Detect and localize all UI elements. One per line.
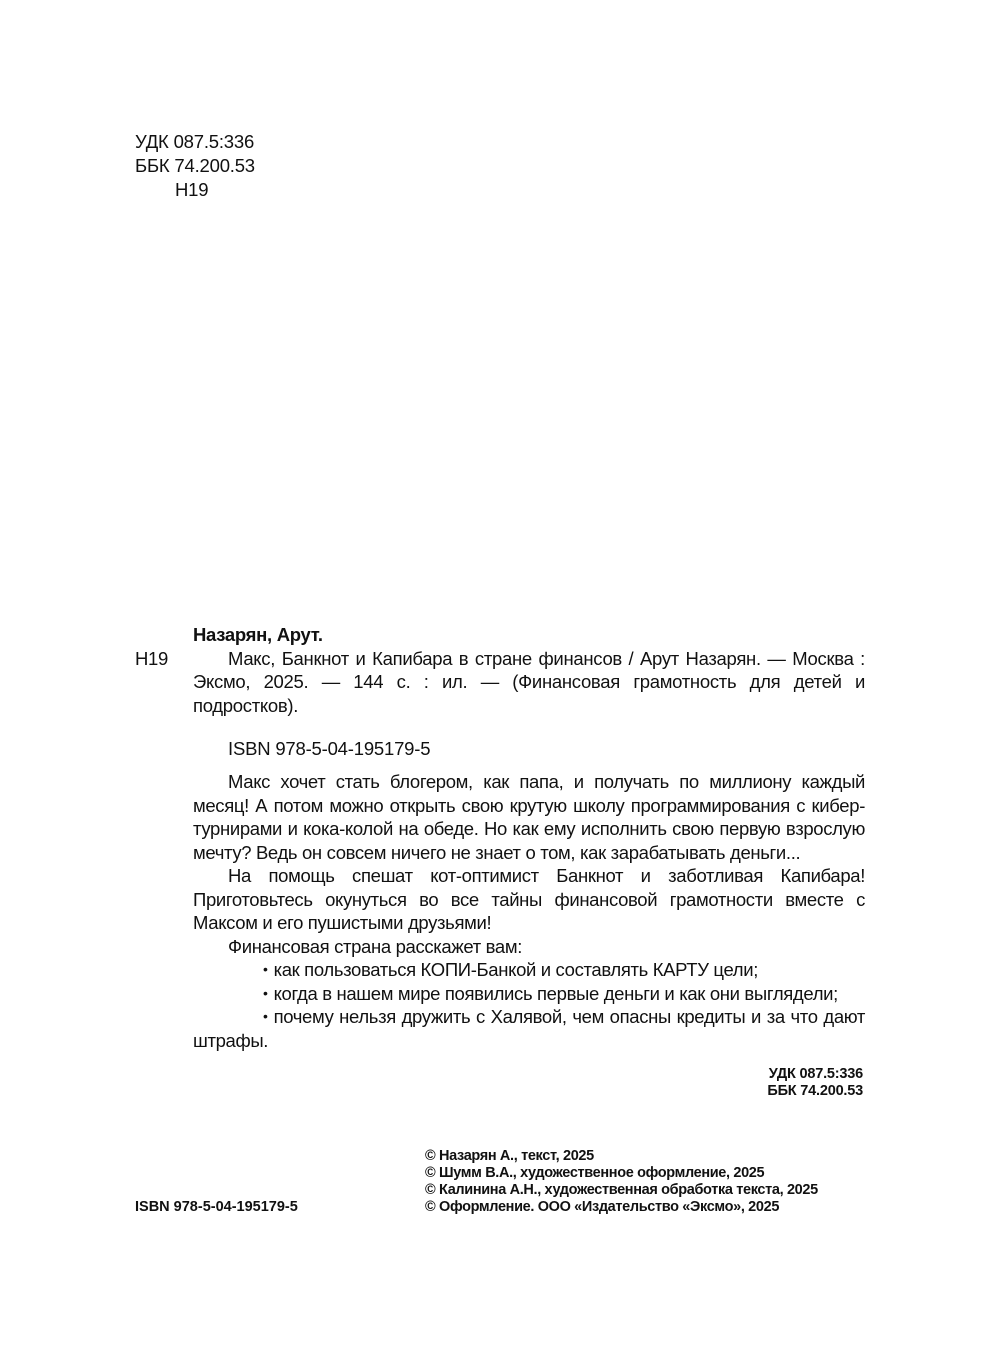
record-description-block: Н19 Макс, Банкнот и Капибара в стране фи…: [135, 647, 865, 718]
copyright-line: © Оформление. ООО «Издательство «Эксмо»,…: [425, 1199, 818, 1216]
bullet-icon: •: [228, 982, 268, 1006]
record-author-mark: Н19: [135, 647, 168, 671]
bibliographic-record: Назарян, Арут. Н19 Макс, Банкнот и Капиб…: [135, 623, 865, 717]
record-description: Макс, Банкнот и Капибара в стране финанс…: [193, 647, 865, 718]
imprint-page: УДК 087.5:336 ББК 74.200.53 Н19 Назарян,…: [0, 0, 1000, 1347]
bullet-text: почему нельзя дружить с Халявой, чем опа…: [193, 1006, 865, 1051]
annotation-bullet-item: •как пользоваться КОПИ-Банкой и составля…: [193, 958, 865, 982]
author-mark: Н19: [135, 178, 255, 202]
annotation-paragraph: На помощь спешат кот-оптимист Банкнот и …: [193, 864, 865, 935]
bullet-text: как пользоваться КОПИ-Банкой и составлят…: [274, 959, 758, 980]
copyright-line: © Назарян А., текст, 2025: [425, 1148, 818, 1165]
isbn-bottom: ISBN 978-5-04-195179-5: [135, 1199, 298, 1216]
annotation-bullet-item: •почему нельзя дружить с Халявой, чем оп…: [193, 1005, 865, 1052]
classification-codes-bottom: УДК 087.5:336 ББК 74.200.53: [767, 1066, 863, 1100]
annotation-paragraph: Макс хочет стать блогером, как папа, и п…: [193, 770, 865, 864]
copyright-line: © Калинина А.Н., художественная обработк…: [425, 1182, 818, 1199]
bullet-icon: •: [228, 1005, 268, 1029]
bbk-code-bottom: ББК 74.200.53: [767, 1083, 863, 1100]
udk-code-bottom: УДК 087.5:336: [767, 1066, 863, 1083]
copyright-block: © Назарян А., текст, 2025 © Шумм В.А., х…: [425, 1148, 818, 1216]
bbk-code: ББК 74.200.53: [135, 154, 255, 178]
record-isbn: ISBN 978-5-04-195179-5: [228, 738, 430, 760]
author-heading: Назарян, Арут.: [193, 623, 865, 647]
annotation-paragraph: Финансовая страна расскажет вам:: [193, 935, 865, 959]
annotation-bullet-item: •когда в нашем мире появились первые ден…: [193, 982, 865, 1006]
classification-codes-top: УДК 087.5:336 ББК 74.200.53 Н19: [135, 130, 255, 202]
bullet-icon: •: [228, 958, 268, 982]
bullet-text: когда в нашем мире появились первые день…: [274, 983, 838, 1004]
copyright-line: © Шумм В.А., художественное оформление, …: [425, 1165, 818, 1182]
annotation: Макс хочет стать блогером, как папа, и п…: [193, 770, 865, 1052]
udk-code: УДК 087.5:336: [135, 130, 255, 154]
